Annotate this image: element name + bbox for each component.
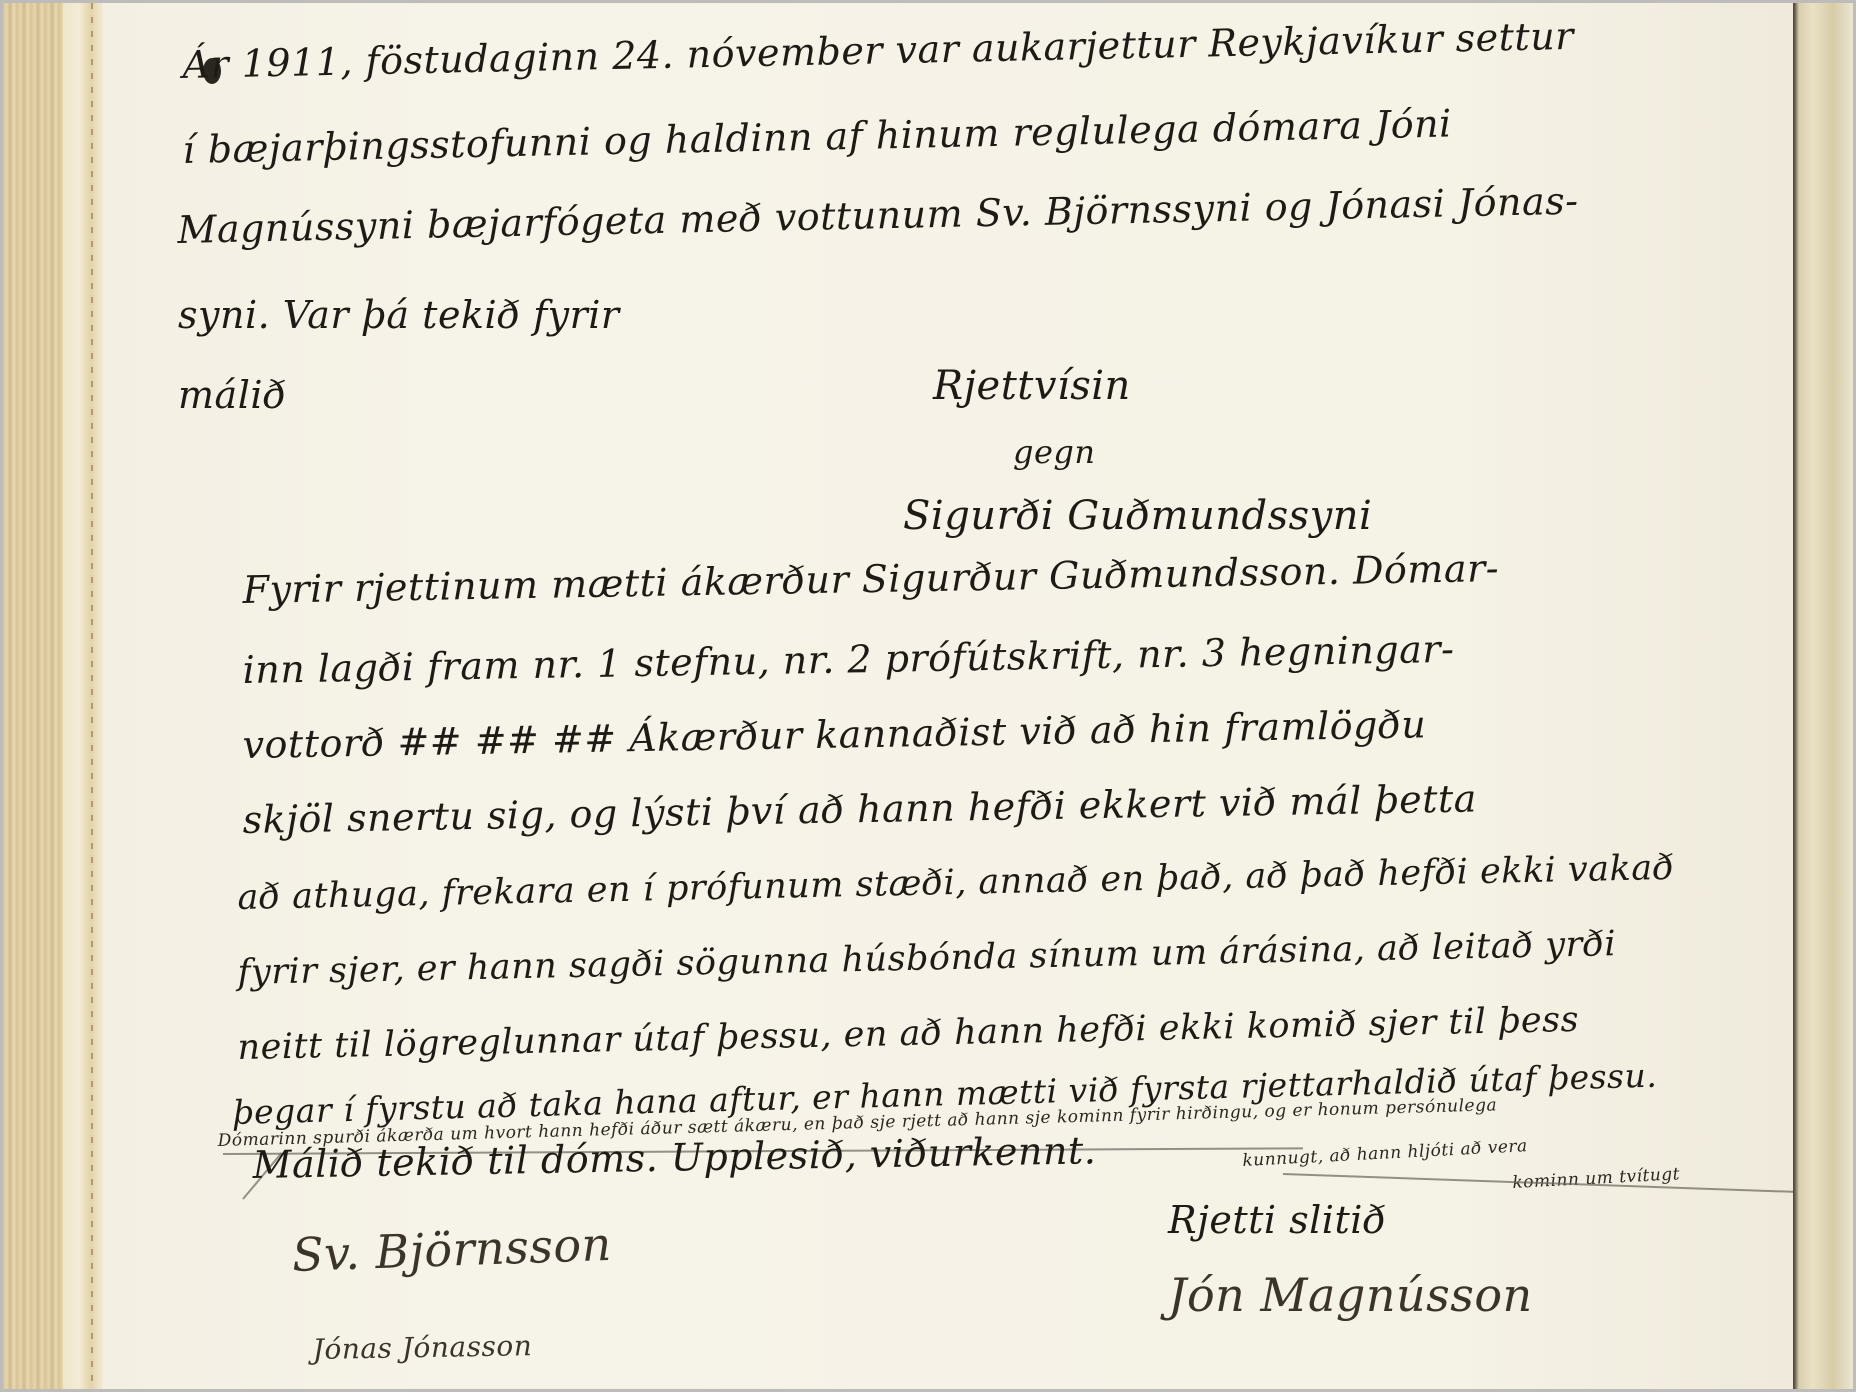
page-edge-line: [91, 3, 93, 1389]
header-line-2: í bæjarþingsstofunni og haldinn af hinum…: [182, 101, 1452, 172]
page-edge-inner: [63, 3, 103, 1389]
defendant-name: Sigurði Guðmundssyni: [903, 493, 1372, 539]
body-line-7: neitt til lögreglunnar útaf þessu, en að…: [237, 1000, 1579, 1068]
header-line-3: Magnússyni bæjarfógeta með vottunum Sv. …: [177, 179, 1579, 252]
body-line-3: vottorð ## ## ## Ákærður kannaðist við a…: [242, 702, 1426, 767]
manuscript-page: Ár 1911, föstudaginn 24. nóvember var au…: [103, 3, 1793, 1389]
header-line-5: málið: [178, 373, 286, 417]
page-binding-edge: [1793, 3, 1853, 1389]
body-line-4: skjöl snertu sig, og lýsti því að hann h…: [242, 776, 1477, 842]
versus-label: gegn: [1013, 433, 1096, 471]
scanned-page: Ár 1911, föstudaginn 24. nóvember var au…: [3, 3, 1853, 1389]
header-line-1: Ár 1911, föstudaginn 24. nóvember var au…: [182, 14, 1574, 87]
witness-signature-2: Jónas Jónasson: [312, 1329, 532, 1366]
interlinear-note-2: kunnugt, að hann hljóti að vera: [1242, 1136, 1528, 1171]
body-line-1: Fyrir rjettinum mætti ákærður Sigurður G…: [242, 546, 1499, 612]
plaintiff-name: Rjettvísin: [933, 363, 1131, 409]
body-line-2: inn lagði fram nr. 1 stefnu, nr. 2 prófú…: [242, 627, 1454, 692]
body-line-5: að athuga, frekara en í prófunum stæði, …: [237, 848, 1674, 918]
header-line-4: syni. Var þá tekið fyrir: [178, 293, 620, 337]
adjournment-line: Rjetti slitið: [1168, 1198, 1386, 1242]
body-line-6: fyrir sjer, er hann sagði sögunna húsbón…: [237, 924, 1616, 993]
witness-signature-1: Sv. Björnsson: [291, 1217, 612, 1282]
judge-signature: Jón Magnússon: [1168, 1268, 1533, 1322]
interlinear-note-3: kominn um tvítugt: [1512, 1164, 1681, 1193]
